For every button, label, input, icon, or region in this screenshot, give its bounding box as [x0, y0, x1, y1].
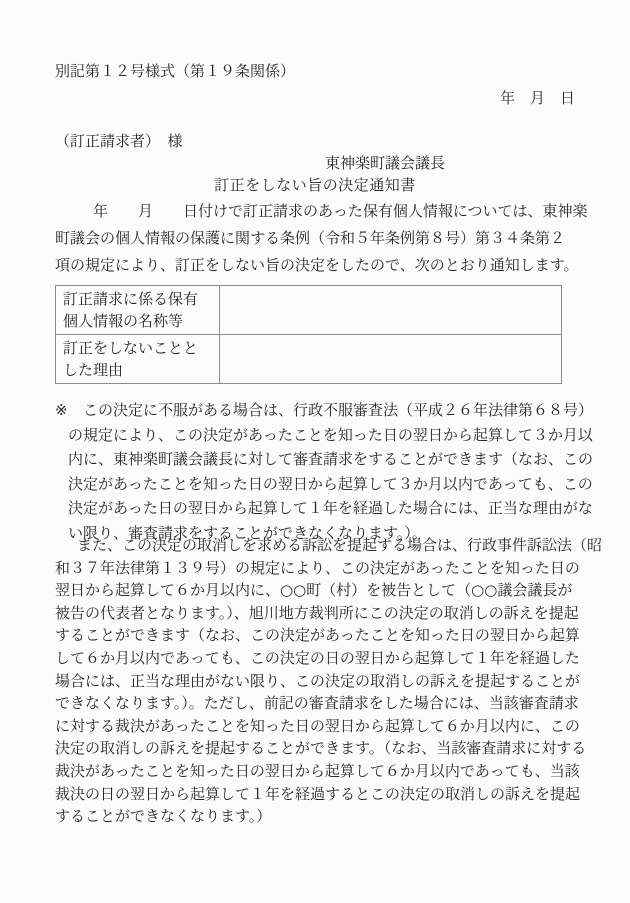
note-line: 場合には、正当な理由がない限り、この決定の取消しの訴えを提起することが	[55, 670, 575, 693]
intro-line: 項の規定により、訂正をしない旨の決定をしたので、次のとおり通知します。	[55, 252, 575, 279]
note-line: ※この決定に不服がある場合は、行政不服審査法（平成２６年法律第６８号）	[55, 398, 575, 423]
intro-line: 年 月 日付けで訂正請求のあった保有個人情報については、東神楽	[55, 198, 575, 225]
intro-line: 町議会の個人情報の保護に関する条例（令和５年条例第８号）第３４条第２	[55, 225, 575, 252]
note-line: して６か月以内であっても、この決定の日の翌日から起算して１年を経過した	[55, 647, 575, 670]
row-label-cell: 訂正をしないことと した理由	[56, 335, 220, 384]
note-line: 内に、東神楽町議会議長に対して審査請求をすることができます（なお、この	[55, 447, 575, 472]
note-line: 裁決があったことを知った日の翌日から起算して６か月以内であっても、当該	[55, 760, 575, 783]
row-value-cell	[220, 335, 562, 384]
recipient-line: （訂正請求者） 様	[55, 130, 575, 151]
row-label-line: 個人情報の名称等	[63, 310, 213, 332]
note-marker: ※	[55, 398, 83, 423]
note-line: 翌日から起算して６か月以内に、○○町（村）を被告として（○○議会議長が	[55, 579, 575, 602]
note-line: 決定があったことを知った日の翌日から起算して３か月以内であっても、この	[55, 472, 575, 497]
note-line: 和３７年法律第１３９号）の規定により、この決定があったことを知った日の	[55, 557, 575, 580]
note-line: 決定の取消しの訴えを提起することができます。（なお、当該審査請求に対する	[55, 737, 575, 760]
note-line: することができます（なお、この決定があったことを知った日の翌日から起算	[55, 624, 575, 647]
row-label-line: した理由	[63, 359, 213, 381]
note-line: に対する裁決があったことを知った日の翌日から起算して６か月以内に、この	[55, 715, 575, 738]
row-label-cell: 訂正請求に係る保有 個人情報の名称等	[56, 286, 220, 335]
document-title: 訂正をしない旨の決定通知書	[55, 174, 575, 195]
note-line: の規定により、この決定があったことを知った日の翌日から起算して３か月以	[55, 423, 575, 448]
table-row-held-info-name: 訂正請求に係る保有 個人情報の名称等	[56, 286, 562, 335]
note-line: できなくなります。）。ただし、前記の審査請求をした場合には、当該審査請求	[55, 692, 575, 715]
date-line: 年 月 日	[55, 87, 575, 108]
table-row-reason: 訂正をしないことと した理由	[56, 335, 562, 384]
note-line: また、この決定の取消しを求める訴訟を提起する場合は、行政事件訴訟法（昭	[55, 534, 575, 557]
form-id-line: 別記第１２号様式（第１９条関係）	[55, 60, 575, 81]
note-line: 裁決の日の翌日から起算して１年を経過するとこの決定の取消しの訴えを提起	[55, 783, 575, 806]
sender-line: 東神楽町議会議長	[55, 152, 575, 173]
document-page: 別記第１２号様式（第１９条関係） 年 月 日 （訂正請求者） 様 東神楽町議会議…	[0, 0, 630, 903]
note-line-text: この決定に不服がある場合は、行政不服審査法（平成２６年法律第６８号）	[83, 401, 593, 419]
note-line: 被告の代表者となります。）、旭川地方裁判所にこの決定の取消しの訴えを提起	[55, 602, 575, 625]
intro-paragraph: 年 月 日付けで訂正請求のあった保有個人情報については、東神楽 町議会の個人情報…	[55, 198, 575, 279]
row-value-cell	[220, 286, 562, 335]
row-label-line: 訂正をしないことと	[63, 337, 213, 359]
row-label-line: 訂正請求に係る保有	[63, 288, 213, 310]
info-table: 訂正請求に係る保有 個人情報の名称等 訂正をしないことと した理由	[55, 285, 562, 384]
note-paragraph-2: また、この決定の取消しを求める訴訟を提起する場合は、行政事件訴訟法（昭 和３７年…	[55, 534, 575, 828]
note-line: することができなくなります。）	[55, 805, 575, 828]
note-paragraph-1: ※この決定に不服がある場合は、行政不服審査法（平成２６年法律第６８号） の規定に…	[55, 398, 575, 546]
note-line: 決定があった日の翌日から起算して１年を経過した場合には、正当な理由がな	[55, 496, 575, 521]
